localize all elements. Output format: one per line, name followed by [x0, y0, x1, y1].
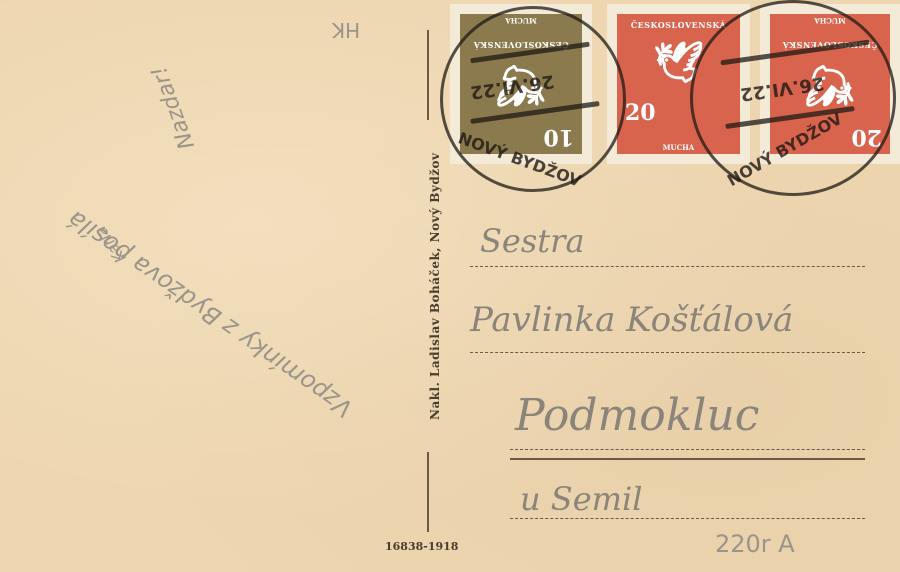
stamp-country: ČESKOSLOVENSKÁ: [631, 14, 726, 30]
dove-icon: 🕊: [653, 43, 704, 83]
address-town: Podmokluc: [515, 390, 759, 441]
address-line-1: [470, 266, 865, 267]
divider-line-bottom: [427, 452, 429, 532]
stamp-designer: MUCHA: [814, 14, 845, 25]
address-line-2: [470, 352, 865, 353]
divider-line-top: [427, 30, 429, 120]
stamp-denomination: 20: [843, 120, 890, 154]
address-region: u Semil: [520, 480, 642, 518]
stamp-designer: MUCHA: [505, 14, 536, 25]
stamp-designer: MUCHA: [663, 143, 694, 154]
serial-number: 16838-1918: [385, 540, 458, 553]
stamp-denomination: 20: [617, 96, 664, 130]
publisher-imprint: Nakl. Ladislav Boháček, Nový Bydžov: [428, 152, 442, 420]
address-line-3-underline: [510, 458, 865, 460]
postcard-back: Nakl. Ladislav Boháček, Nový Bydžov 1683…: [0, 0, 900, 572]
address-line-3: [510, 449, 865, 450]
corner-note: HK: [332, 18, 360, 42]
address-line-4: [510, 518, 865, 519]
stamp-denomination: 10: [535, 120, 582, 154]
address-name: Pavlinka Košťálová: [470, 300, 793, 340]
stamp-20-a: ČESKOSLOVENSKÁ 🕊 20 MUCHA: [607, 4, 750, 164]
pencil-note: 220r A: [715, 530, 795, 558]
address-title: Sestra: [480, 222, 585, 260]
message-line-1: Nazdar!: [147, 62, 200, 152]
